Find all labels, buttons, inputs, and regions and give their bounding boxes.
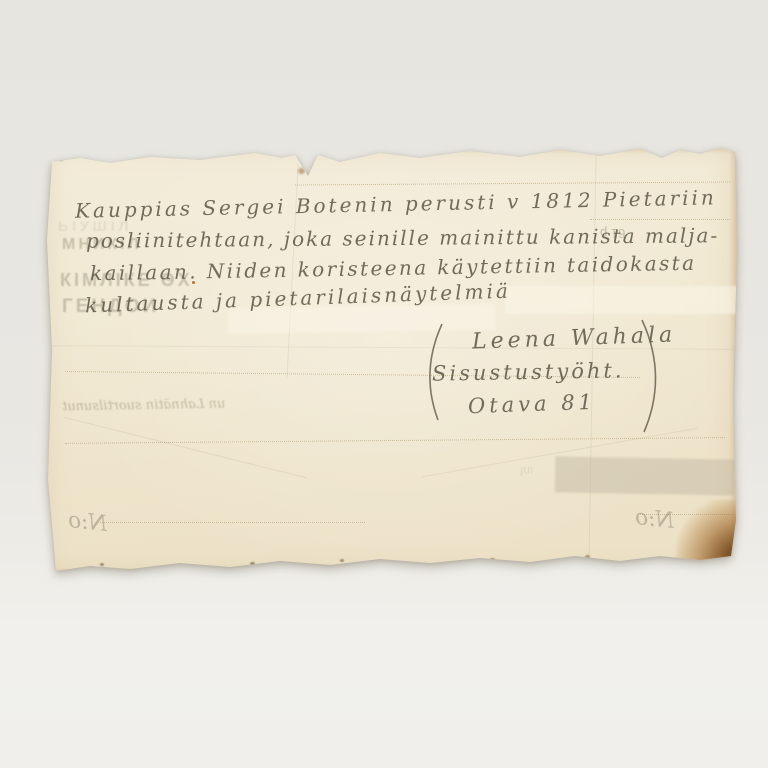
handwriting-line-1: Kauppias Sergei Botenin perusti v 1812 P… bbox=[75, 187, 717, 220]
handwriting-line-2: posliinitehtaan, joka seinille mainittu … bbox=[86, 225, 719, 251]
signature-line-2: Sisustustyöht. bbox=[432, 360, 625, 384]
signature-line-3: Otava 81 bbox=[468, 392, 597, 417]
note-paper-shadow-wrap: ЬІУШІЛ МНИКІЛ КІМЛІКЕ ѲХ ГЕНДОИ un Lahnä… bbox=[40, 142, 738, 578]
stain-speck bbox=[58, 156, 64, 161]
top-edge-stain bbox=[40, 142, 738, 154]
stain-speck bbox=[585, 555, 590, 558]
dotted-rule bbox=[295, 181, 730, 185]
ghost-no-mark-right: N:o bbox=[634, 505, 676, 534]
photo-background: ЬІУШІЛ МНИКІЛ КІМЛІКЕ ѲХ ГЕНДОИ un Lahnä… bbox=[0, 0, 768, 768]
stain-speck bbox=[100, 563, 104, 566]
dotted-rule bbox=[590, 219, 730, 220]
orange-speck bbox=[192, 281, 195, 284]
corner-stain bbox=[676, 500, 760, 586]
stain-speck bbox=[250, 562, 255, 565]
dotted-rule bbox=[100, 522, 365, 523]
bottom-edge-stain bbox=[40, 568, 738, 578]
ghost-no-mark-left: N:o bbox=[67, 508, 109, 537]
handwriting-line-3: kaillaan. Niiden koristeena käytettiin t… bbox=[90, 253, 697, 284]
ghost-script-text: un Lahnätin suortilsunut bbox=[62, 397, 226, 415]
pale-band bbox=[505, 286, 768, 314]
tape-residue-band bbox=[555, 456, 736, 495]
stain-speck bbox=[340, 559, 344, 562]
stain-speck bbox=[490, 558, 495, 561]
ghost-tiny-text: ınf bbox=[520, 464, 533, 478]
note-paper: ЬІУШІЛ МНИКІЛ КІМЛІКЕ ѲХ ГЕНДОИ un Lahnä… bbox=[40, 142, 738, 578]
stain-speck bbox=[298, 168, 305, 174]
crease-line bbox=[64, 417, 307, 478]
